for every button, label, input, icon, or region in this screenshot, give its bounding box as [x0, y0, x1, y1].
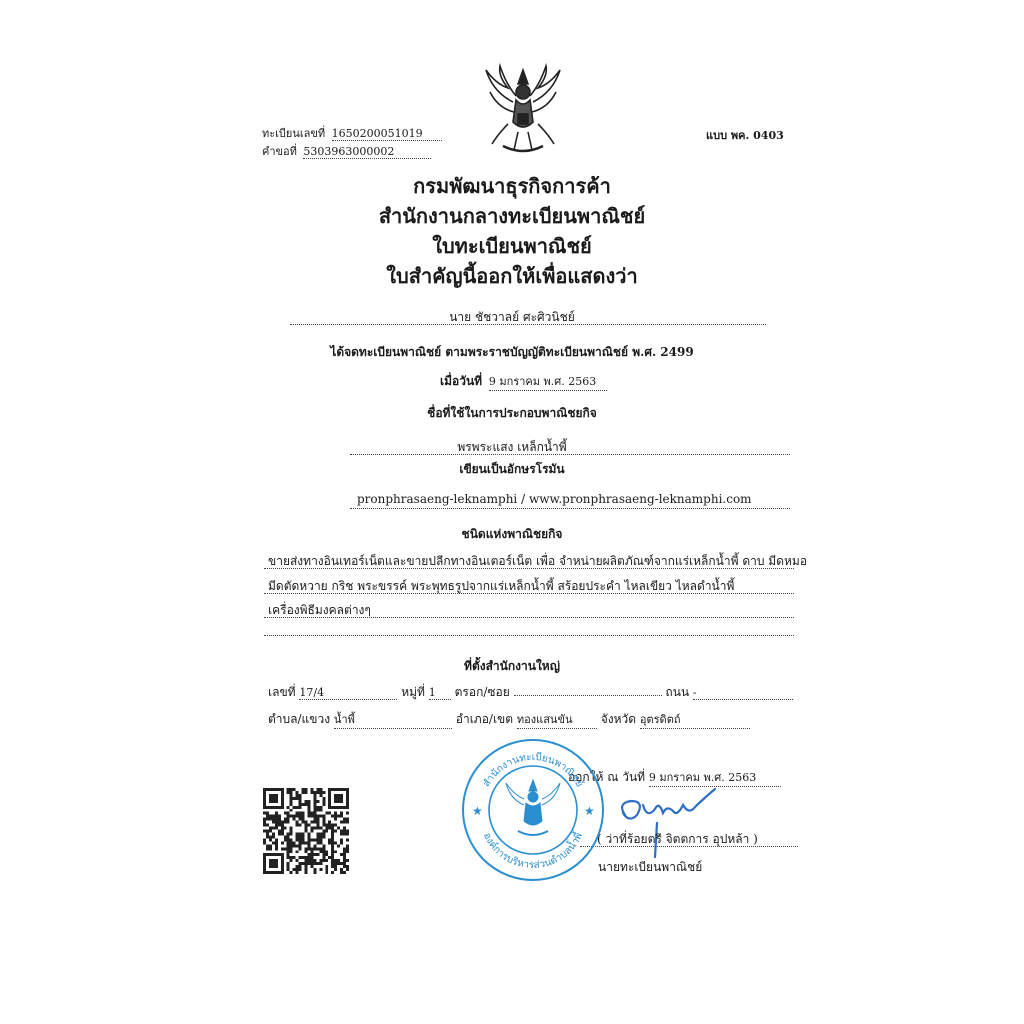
road-label: ถนน — [665, 685, 689, 699]
svg-text:★: ★ — [584, 804, 595, 818]
qr-code-icon — [263, 788, 349, 874]
business-name-line — [350, 454, 790, 455]
request-number-row: คำขอที่ 5303963000002 — [262, 142, 431, 160]
business-name-label: ชื่อที่ใช้ในการประกอบพาณิชยกิจ — [0, 404, 1024, 423]
department-title: กรมพัฒนาธุรกิจการค้า — [0, 170, 1024, 202]
business-type-dotline-1 — [264, 568, 794, 569]
registration-date-label: เมื่อวันที่ — [440, 374, 482, 388]
registration-number-row: ทะเบียนเลขที่ 1650200051019 — [262, 124, 442, 142]
province-value: อุตรดิตถ์ — [640, 710, 750, 729]
subdistrict-label: ตำบล/แขวง — [268, 712, 330, 726]
soi-value — [514, 695, 662, 696]
registration-number-label: ทะเบียนเลขที่ — [262, 127, 325, 140]
registration-date-row: เมื่อวันที่ 9 มกราคม พ.ศ. 2563 — [440, 372, 607, 391]
number-label: เลขที่ — [268, 685, 296, 699]
address-row-2: ตำบล/แขวง น้ำพี้ อำเภอ/เขต ทองแสนขัน จัง… — [268, 710, 750, 729]
address-row-1: เลขที่ 17/4 หมู่ที่ 1 ตรอก/ซอย ถนน - — [268, 683, 793, 702]
roman-name-label: เขียนเป็นอักษรโรมัน — [0, 460, 1024, 479]
official-stamp-icon: สำนักงานทะเบียนพาณิชย์ องค์การบริหารส่วน… — [458, 735, 608, 885]
district-value: ทองแสนขัน — [517, 710, 597, 729]
roman-name-line — [350, 508, 790, 509]
number-value: 17/4 — [299, 686, 397, 700]
form-code: แบบ พค. 0403 — [706, 126, 784, 144]
registration-act-text: ได้จดทะเบียนพาณิชย์ ตามพระราชบัญญัติทะเบ… — [0, 343, 1024, 362]
moo-label: หมู่ที่ — [401, 685, 425, 699]
district-label: อำเภอ/เขต — [456, 712, 513, 726]
subdistrict-value: น้ำพี้ — [334, 710, 452, 729]
document-title: ใบทะเบียนพาณิชย์ — [0, 230, 1024, 262]
business-type-dotline-3 — [264, 617, 794, 618]
request-number-value: 5303963000002 — [303, 145, 431, 159]
signatory-title: นายทะเบียนพาณิชย์ — [598, 858, 702, 877]
signatory-line — [580, 846, 798, 847]
office-title: สำนักงานกลางทะเบียนพาณิชย์ — [0, 200, 1024, 232]
request-number-label: คำขอที่ — [262, 145, 297, 158]
statement-title: ใบสำคัญนี้ออกให้เพื่อแสดงว่า — [0, 260, 1024, 292]
province-label: จังหวัด — [601, 712, 636, 726]
business-type-label: ชนิดแห่งพาณิชยกิจ — [0, 525, 1024, 544]
moo-value: 1 — [429, 686, 451, 700]
head-office-label: ที่ตั้งสำนักงานใหญ่ — [0, 657, 1024, 676]
business-type-dotline-4 — [264, 635, 794, 636]
registration-date-value: 9 มกราคม พ.ศ. 2563 — [489, 372, 607, 391]
registration-number-value: 1650200051019 — [332, 127, 442, 141]
registrant-name-line — [290, 324, 766, 325]
signature-icon — [615, 775, 735, 865]
soi-label: ตรอก/ซอย — [455, 685, 510, 699]
svg-text:★: ★ — [472, 804, 483, 818]
roman-name-value: pronphrasaeng-leknamphi / www.pronphrasa… — [357, 492, 752, 506]
road-value: - — [693, 686, 793, 700]
garuda-emblem-icon — [478, 62, 568, 162]
business-type-dotline-2 — [264, 593, 794, 594]
